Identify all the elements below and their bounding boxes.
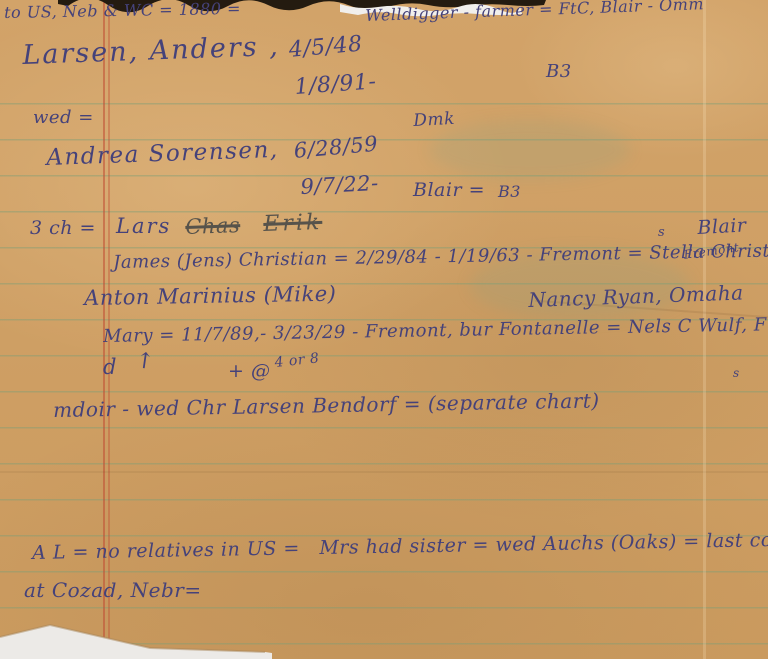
ruled-lines (0, 103, 768, 659)
child1-name: Lars (116, 216, 171, 237)
code-b3: B3 (546, 63, 572, 81)
horizontal-crease (0, 471, 768, 473)
spouse-place: Blair = (413, 181, 485, 200)
immigration-note: to US, Neb & WC = 1880 = (4, 1, 241, 21)
ink-show-through (430, 120, 630, 180)
insertion-arrow-mark: ↑ (134, 350, 156, 374)
children-count-label: 3 ch = (30, 219, 96, 238)
spouse-death-date: 9/7/22- (300, 173, 379, 198)
small-s-mark: s (658, 226, 665, 239)
origin-country: Dmk (413, 111, 455, 130)
subject-death-date: 1/8/91- (294, 71, 377, 99)
spouse-code-b3: B3 (498, 184, 521, 200)
child1-struck-name-2: Erik (263, 212, 323, 236)
small-s-mark-2: s (733, 367, 740, 379)
child1-place: Blair (697, 216, 747, 238)
plus-at-mark: + @ (228, 362, 270, 381)
d-mark: d (103, 357, 117, 378)
relatives-note-line2: at Cozad, Nebr= (24, 580, 202, 600)
wed-label: wed = (33, 109, 94, 127)
child1-struck-name-1: Chas (185, 215, 241, 238)
child3-name: Anton Marinius (Mike) (84, 284, 337, 309)
scanned-note-card: to US, Neb & WC = 1880 = Welldigger - fa… (0, 0, 768, 659)
